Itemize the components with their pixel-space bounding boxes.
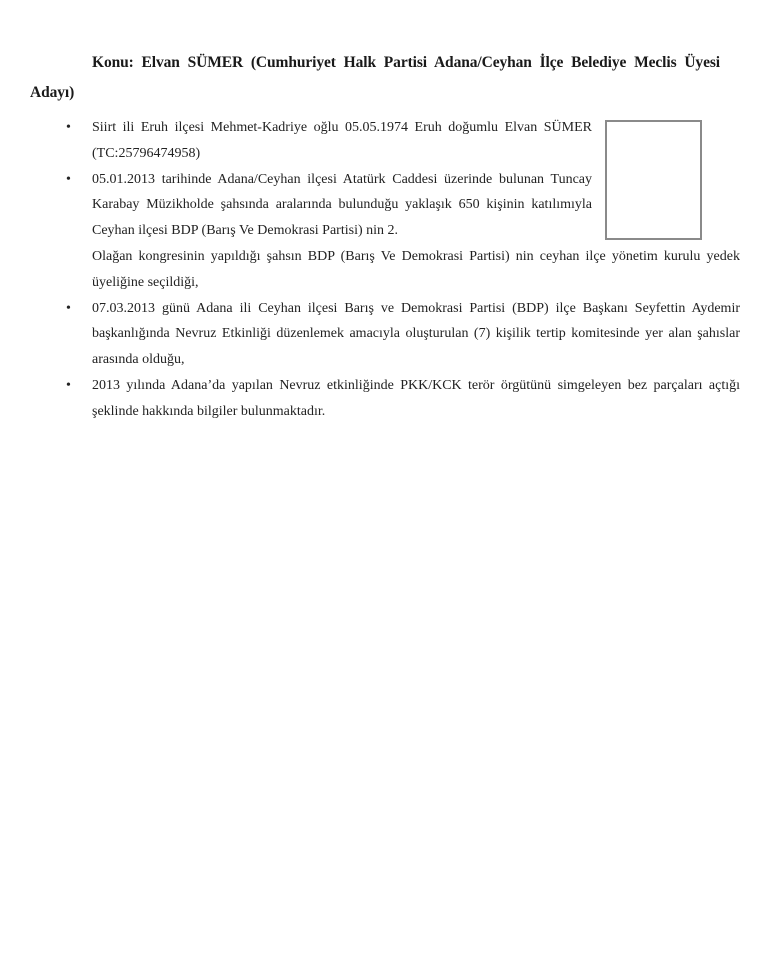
information-bullet-list: Siirt ili Eruh ilçesi Mehmet-Kadriye oğl…	[62, 115, 740, 425]
bullet-text: 07.03.2013 günü Adana ili Ceyhan ilçesi …	[92, 301, 740, 368]
bullet-text: 2013 yılında Adana’da yapılan Nevruz etk…	[92, 378, 740, 419]
document-subject-title: Konu: Elvan SÜMER (Cumhuriyet Halk Parti…	[30, 48, 720, 108]
bullet-item-nevruz-committee: 07.03.2013 günü Adana ili Ceyhan ilçesi …	[62, 296, 740, 373]
bullet-text-part1: 05.01.2013 tarihinde Adana/Ceyhan ilçesi…	[92, 167, 592, 244]
bullet-text-part2: Olağan kongresinin yapıldığı şahsın BDP …	[92, 244, 740, 296]
bullet-item-identity: Siirt ili Eruh ilçesi Mehmet-Kadriye oğl…	[62, 115, 592, 167]
bullet-item-congress: 05.01.2013 tarihinde Adana/Ceyhan ilçesi…	[62, 167, 740, 296]
bullet-item-nevruz-event: 2013 yılında Adana’da yapılan Nevruz etk…	[62, 373, 740, 425]
bullet-text: Siirt ili Eruh ilçesi Mehmet-Kadriye oğl…	[92, 120, 592, 161]
